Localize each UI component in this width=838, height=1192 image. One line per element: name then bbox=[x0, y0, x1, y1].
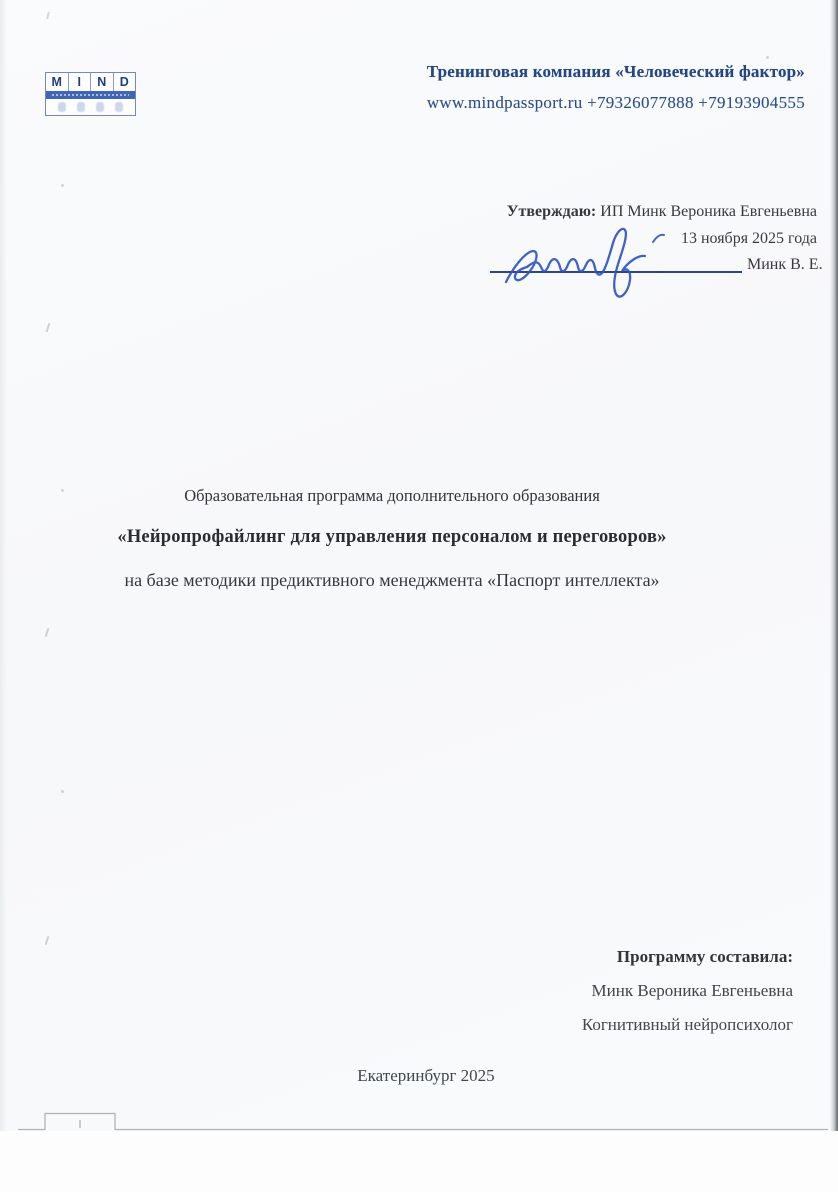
company-contacts: www.mindpassport.ru +79326077888 +791939… bbox=[427, 93, 805, 113]
scanned-title-page: M I N D Тренинговая компания «Человеческ… bbox=[0, 0, 838, 1192]
handwritten-signature bbox=[500, 224, 695, 306]
scan-speck bbox=[46, 12, 49, 19]
mind-logo-stamp: M I N D bbox=[45, 72, 136, 116]
approval-line: Утверждаю:ИП Минк Вероника Евгеньевна bbox=[507, 203, 817, 221]
program-type: Образовательная программа дополнительног… bbox=[0, 486, 784, 506]
scan-left-edge bbox=[0, 0, 7, 1192]
company-name: Тренинговая компания «Человеческий факто… bbox=[427, 62, 805, 82]
logo-band bbox=[46, 91, 135, 99]
logo-symbol-icon bbox=[96, 102, 104, 112]
mind-logo-letters: M I N D bbox=[46, 73, 135, 91]
logo-letter-m: M bbox=[46, 73, 69, 91]
logo-letter-n: N bbox=[91, 73, 114, 91]
scan-speck bbox=[61, 184, 64, 187]
program-title: «Нейропрофайлинг для управления персонал… bbox=[0, 527, 784, 548]
author-label: Программу составила: bbox=[582, 947, 793, 967]
logo-letter-d: D bbox=[114, 73, 136, 91]
author-name: Минк Вероника Евгеньевна bbox=[582, 981, 793, 1001]
scanner-background-strip bbox=[0, 1131, 838, 1192]
scan-speck bbox=[46, 323, 50, 332]
logo-symbol-icon bbox=[58, 102, 66, 112]
logo-symbol-icon bbox=[115, 102, 123, 112]
author-block: Программу составила: Минк Вероника Евген… bbox=[582, 947, 793, 1035]
scan-speck bbox=[61, 790, 64, 793]
logo-letter-i: I bbox=[69, 73, 92, 91]
author-role: Когнитивный нейропсихолог bbox=[582, 1015, 793, 1035]
logo-symbol-icon bbox=[77, 102, 85, 112]
city-year: Екатеринбург 2025 bbox=[14, 1066, 838, 1086]
scan-speck bbox=[45, 936, 49, 945]
scan-right-edge bbox=[830, 0, 838, 1192]
approver-name: ИП Минк Вероника Евгеньевна bbox=[600, 203, 817, 220]
logo-symbols-row bbox=[46, 99, 135, 115]
paper-bottom-edge bbox=[0, 1110, 838, 1136]
program-subtitle: на базе методики предиктивного менеджмен… bbox=[0, 570, 784, 591]
approval-label: Утверждаю: bbox=[507, 203, 597, 220]
scan-speck bbox=[45, 628, 49, 637]
company-header: Тренинговая компания «Человеческий факто… bbox=[427, 62, 805, 113]
program-title-block: Образовательная программа дополнительног… bbox=[0, 486, 784, 591]
signer-name: Минк В. Е. bbox=[747, 256, 823, 274]
scan-speck bbox=[766, 56, 769, 59]
